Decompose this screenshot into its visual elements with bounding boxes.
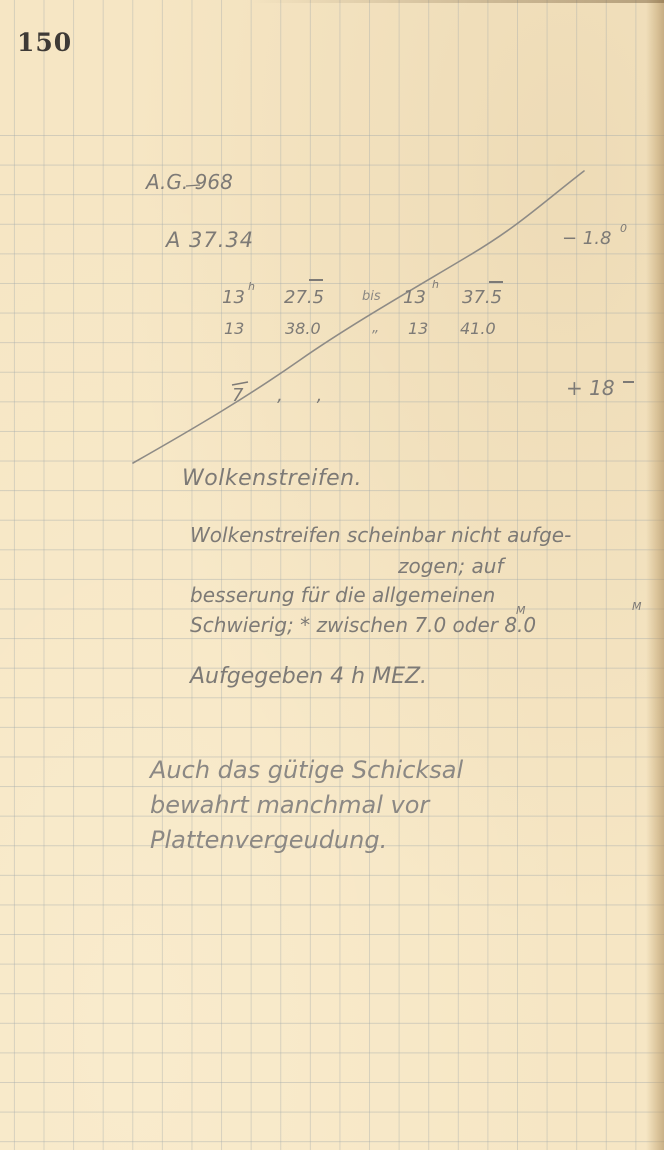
notes-line: Schwierig; * zwischen 7.0 oder 8.0 bbox=[190, 613, 536, 637]
notes-line: zogen; auf bbox=[398, 554, 503, 578]
overbar-mark bbox=[623, 381, 634, 383]
pencil-diagonal-line bbox=[0, 0, 664, 1150]
notes-line: Wolkenstreifen scheinbar nicht aufge- bbox=[190, 523, 571, 547]
row-time-sup: h bbox=[248, 280, 255, 293]
remark-line: bewahrt manchmal vor bbox=[150, 791, 429, 819]
notes-closing: Aufgegeben 4 h MEZ. bbox=[190, 664, 427, 689]
plate-label: A.G. 968 bbox=[146, 170, 233, 194]
overbar-mark bbox=[489, 281, 503, 283]
row-time2-sup: h bbox=[432, 278, 439, 291]
notebook-page: 150 A.G. 968 A 37.34 − 1.8 0 + 18 13 h 2… bbox=[0, 0, 664, 1150]
notes-line: besserung für die allgemeinen bbox=[190, 583, 495, 607]
overbar-mark bbox=[309, 279, 323, 281]
row-time: 13 bbox=[224, 319, 244, 338]
star-label: A 37.34 bbox=[166, 228, 254, 252]
row-time2: 13 bbox=[403, 287, 426, 308]
tick-marks: 7 , , bbox=[232, 385, 336, 406]
row-value: 27.5 bbox=[284, 287, 324, 308]
row-value: 38.0 bbox=[285, 319, 321, 338]
row-value2: 37.5 bbox=[462, 287, 502, 308]
right-bottom-value: + 18 bbox=[566, 376, 615, 400]
right-top-value: − 1.8 bbox=[562, 228, 611, 249]
remark-line: Plattenvergeudung. bbox=[150, 826, 387, 854]
row-value2: 41.0 bbox=[460, 319, 496, 338]
notes-heading: Wolkenstreifen. bbox=[182, 466, 362, 491]
row-time: 13 bbox=[222, 287, 245, 308]
row-separator: bis bbox=[362, 289, 381, 304]
notes-superscript: M bbox=[516, 604, 526, 617]
row-separator: „ bbox=[372, 320, 379, 336]
remark-line: Auch das gütige Schicksal bbox=[150, 756, 463, 784]
right-top-superscript: 0 bbox=[620, 222, 627, 235]
notes-superscript: M bbox=[632, 600, 642, 613]
row-time2: 13 bbox=[408, 319, 428, 338]
